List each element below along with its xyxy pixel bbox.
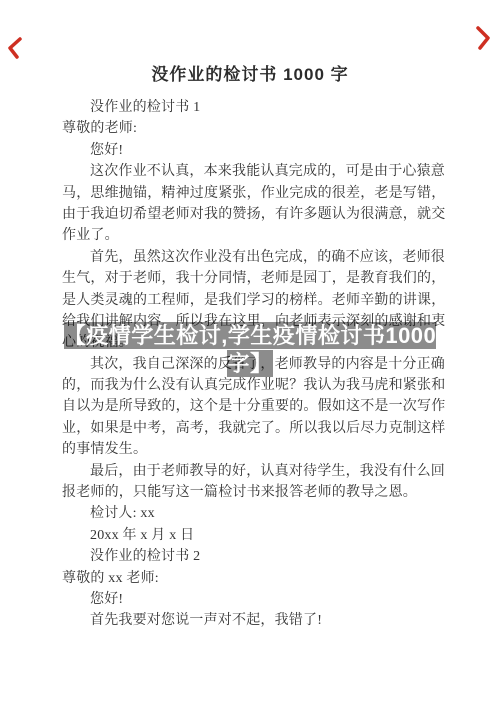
doc-line: 最后，由于老师教导的好，认真对待学生，我没有什么回: [62, 461, 444, 482]
doc-line: 由于我迫切希望老师对我的赞扬，有许多题认为很满意，就交: [62, 204, 444, 225]
doc-line: 自以为是所导致的，这个是十分重要的。假如这不是一次写作: [62, 396, 444, 417]
page-title: 没作业的检讨书 1000 字: [0, 60, 500, 85]
doc-line: 马，思维抛锚，精神过度紧张，作业完成的很差，老是写错，: [62, 183, 444, 204]
doc-line: 这次作业不认真，本来我能认真完成的，可是由于心猿意: [62, 161, 444, 182]
doc-line: 尊敬的 xx 老师:: [62, 568, 444, 589]
watermark-overlay: 【疫情学生检讨,学生疫情检讨书1000字】: [62, 322, 438, 378]
doc-line: 没作业的检讨书 1: [62, 97, 444, 118]
doc-line: 您好!: [62, 140, 444, 161]
doc-line: 业，如果是中考，高考，我就完了。所以我以后尽力克制这样: [62, 418, 444, 439]
doc-line: 的，而我为什么没有认真完成作业呢？我认为我马虎和紧张和: [62, 375, 444, 396]
document-page: 没作业的检讨书 1000 字 没作业的检讨书 1 尊敬的老师: 您好! 这次作业…: [0, 0, 500, 706]
doc-line: 的事情发生。: [62, 439, 444, 460]
doc-line: 报老师的，只能写这一篇检讨书来报答老师的教导之恩。: [62, 482, 444, 503]
doc-line: 作业了。: [62, 225, 444, 246]
watermark-text: 【疫情学生检讨,学生疫情检讨书1000字】: [64, 322, 437, 377]
doc-line: 您好!: [62, 589, 444, 610]
red-corner-mark-left-icon: [6, 36, 24, 60]
doc-line: 尊敬的老师:: [62, 118, 444, 139]
doc-line: 检讨人: xx: [62, 503, 444, 524]
doc-line: 没作业的检讨书 2: [62, 546, 444, 567]
red-corner-mark-right-icon: [474, 25, 492, 51]
doc-line: 20xx 年 x 月 x 日: [62, 525, 444, 546]
doc-line: 首先我要对您说一声对不起，我错了!: [62, 610, 444, 631]
doc-line: 是人类灵魂的工程师，是我们学习的榜样。老师辛勤的讲课，: [62, 290, 444, 311]
doc-line: 生气，对于老师，我十分同情，老师是园丁，是教育我们的，: [62, 268, 444, 289]
doc-line: 首先，虽然这次作业没有出色完成，的确不应该，老师很: [62, 247, 444, 268]
